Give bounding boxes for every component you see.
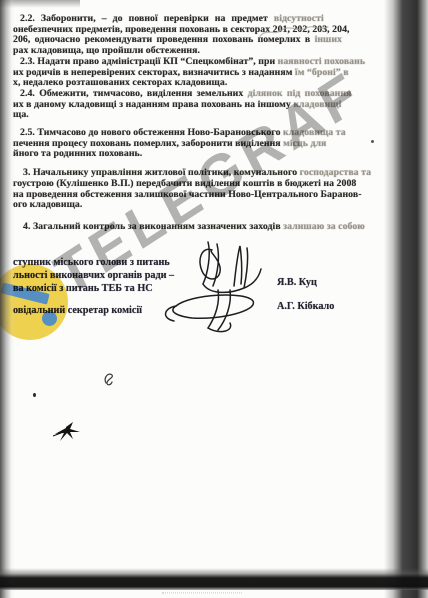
signatory-name-kuts: Я.В. Куц	[277, 277, 317, 288]
ink-blot	[52, 420, 82, 444]
faded-text: залишаю за собою	[281, 221, 365, 232]
scanned-document-page: 2.2. Заборонити, – до повної перевірки н…	[0, 0, 428, 598]
logo-exclamation-dot-icon	[42, 311, 57, 326]
handwritten-signatures	[150, 240, 280, 345]
ink-speck-dot	[33, 393, 36, 397]
scan-edge-bottom	[0, 568, 428, 590]
logo-circle	[0, 264, 68, 340]
scan-artifact-smudge	[162, 593, 242, 597]
signature-kuts	[200, 242, 261, 292]
signature-kibkalo	[166, 290, 254, 332]
ink-speck-dot	[371, 140, 374, 143]
scan-edge-top	[0, 0, 80, 8]
faded-text: наявності поховань	[275, 56, 365, 67]
telegraf-logo	[0, 264, 68, 340]
scan-edge-right	[384, 0, 428, 598]
ink-speck-squiggle	[101, 370, 117, 388]
signatory-name-kibkalo: А.Г. Кібкало	[277, 301, 334, 312]
pencil-scribble	[258, 22, 330, 44]
faded-text: господарства та	[297, 167, 371, 178]
